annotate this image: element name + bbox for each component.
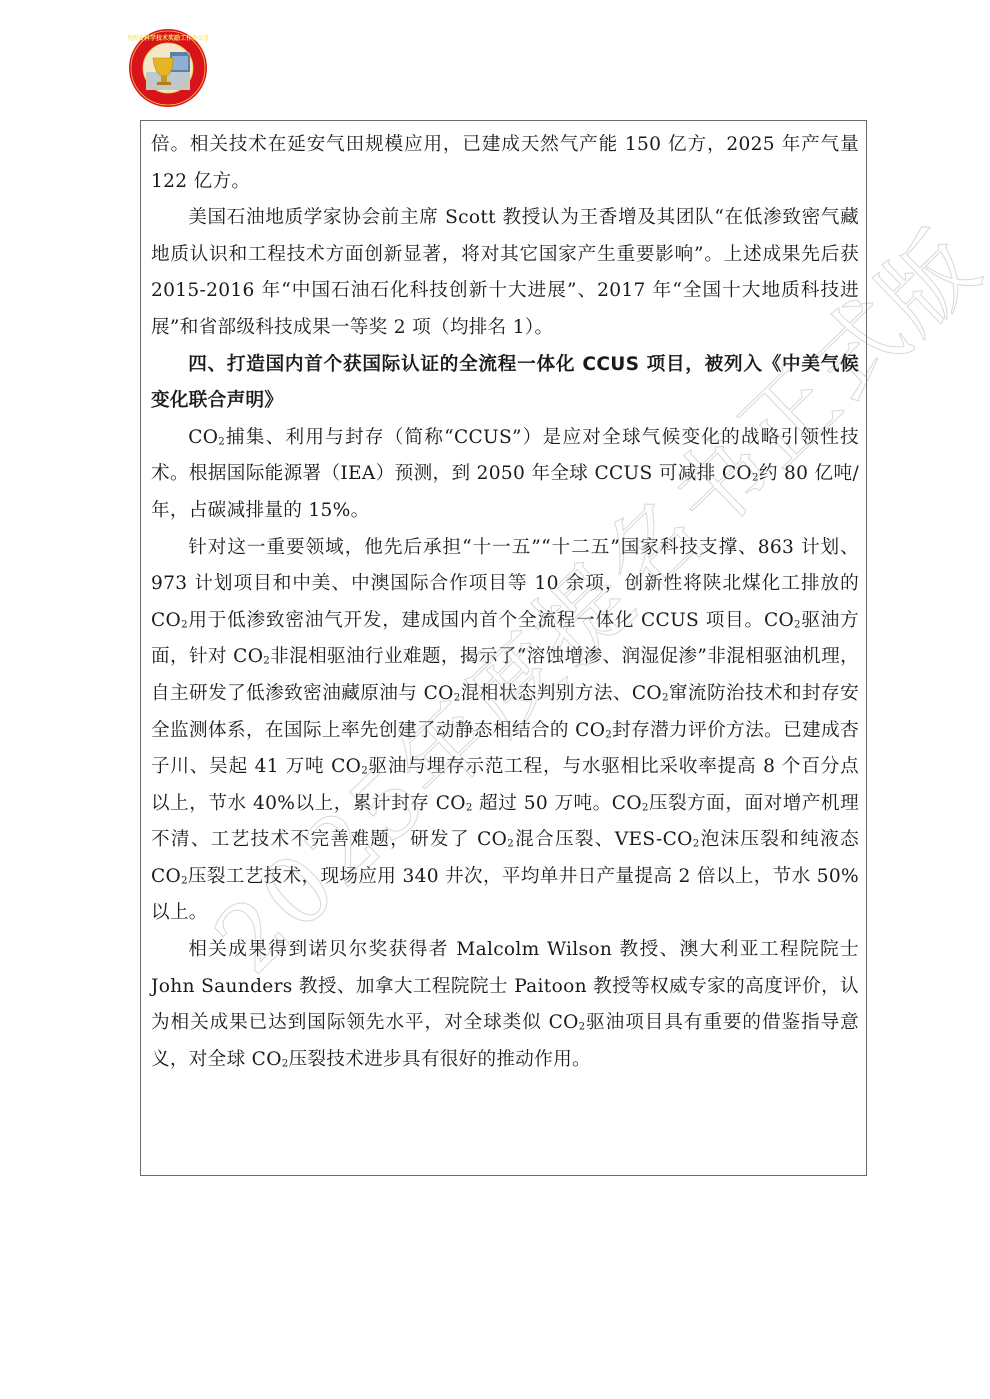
organization-seal-logo: 陕西省科学技术奖励工作办公室 bbox=[128, 28, 208, 108]
seal-icon: 陕西省科学技术奖励工作办公室 bbox=[128, 28, 208, 108]
seal-text: 陕西省科学技术奖励工作办公室 bbox=[128, 34, 208, 42]
paragraph: CO2捕集、利用与封存（简称“CCUS”）是应对全球气候变化的战略引领性技术。根… bbox=[151, 420, 859, 530]
paragraph: 美国石油地质学家协会前主席 Scott 教授认为王香增及其团队“在低渗致密气藏地… bbox=[151, 200, 859, 346]
paragraph: 倍。相关技术在延安气田规模应用，已建成天然气产能 150 亿方，2025 年产气… bbox=[151, 127, 859, 200]
content-table-cell: 倍。相关技术在延安气田规模应用，已建成天然气产能 150 亿方，2025 年产气… bbox=[140, 120, 867, 1176]
paragraph: 针对这一重要领域，他先后承担“十一五”“十二五”国家科技支撑、863 计划、97… bbox=[151, 530, 859, 933]
body-text: 倍。相关技术在延安气田规模应用，已建成天然气产能 150 亿方，2025 年产气… bbox=[151, 127, 859, 1078]
paragraph: 相关成果得到诺贝尔奖获得者 Malcolm Wilson 教授、澳大利亚工程院院… bbox=[151, 932, 859, 1078]
section-heading: 四、打造国内首个获国际认证的全流程一体化 CCUS 项目，被列入《中美气候变化联… bbox=[151, 347, 859, 420]
